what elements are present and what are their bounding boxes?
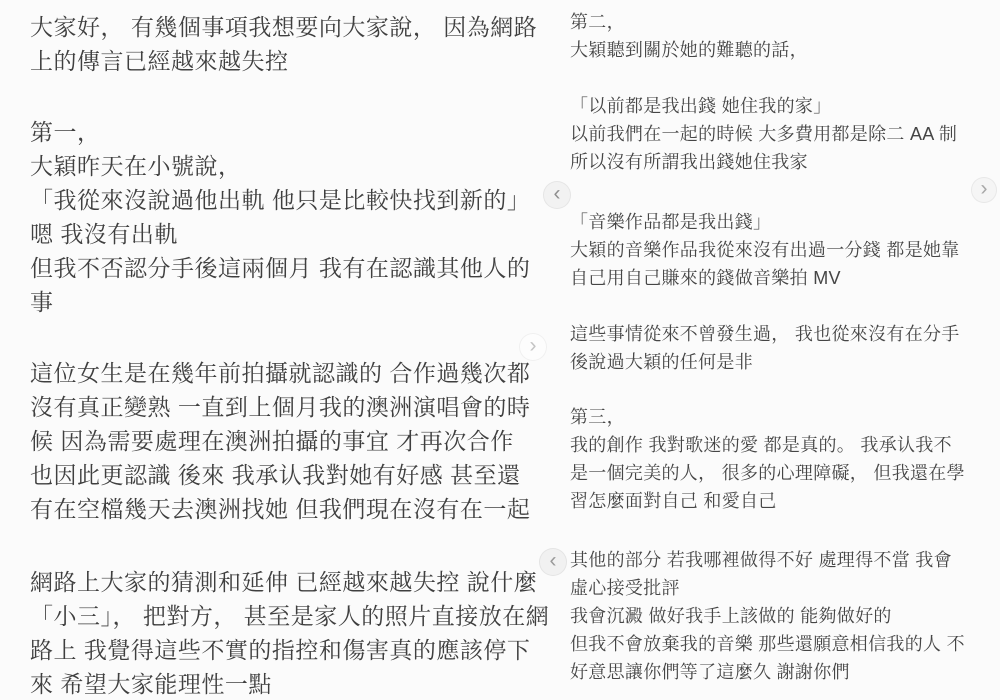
point-two-heading-paragraph: 第二， 大穎聽到關於她的難聽的話， [570, 8, 990, 64]
carousel-prev-button[interactable]: ‹ [543, 181, 571, 209]
point-three-paragraph: 第三， 我的創作 我對歌迷的愛 都是真的。 我承认我不 是一個完美的人， 很多的… [570, 403, 990, 515]
intro-paragraph: 大家好， 有幾個事項我想要向大家說， 因為網路 上的傳言已經越來越失控 [30, 10, 550, 78]
denial-paragraph: 這些事情從來不曾發生過， 我也從來沒有在分手 後說過大穎的任何是非 [570, 320, 990, 376]
statement-page-2: 第二， 大穎聽到關於她的難聽的話， 「以前都是我出錢 她住我的家」 以前我們在一… [570, 8, 990, 686]
carousel-prev-button[interactable]: ‹ [539, 548, 567, 576]
carousel-next-button[interactable]: › [519, 333, 547, 361]
carousel-next-button[interactable]: › [971, 177, 997, 203]
statement-page-1: 大家好， 有幾個事項我想要向大家說， 因為網路 上的傳言已經越來越失控 第一， … [30, 10, 550, 700]
music-quote-paragraph: 「音樂作品都是我出錢」 大穎的音樂作品我從來沒有出過一分錢 都是她靠 自己用自己… [570, 208, 990, 292]
rumor-appeal-paragraph: 網路上大家的猜測和延伸 已經越來越失控 說什麼 「小三」， 把對方， 甚至是家人… [30, 565, 550, 700]
statement-collage: 大家好， 有幾個事項我想要向大家說， 因為網路 上的傳言已經越來越失控 第一， … [0, 0, 1000, 700]
point-one-paragraph: 第一， 大穎昨天在小號說， 「我從來沒說過他出軌 他只是比較快找到新的」 嗯 我… [30, 115, 550, 319]
chevron-left-icon: ‹ [550, 550, 557, 571]
explanation-paragraph: 這位女生是在幾年前拍攝就認識的 合作過幾次都 沒有真正變熟 一直到上個月我的澳洲… [30, 356, 550, 526]
chevron-right-icon: › [530, 335, 537, 356]
chevron-left-icon: ‹ [554, 183, 561, 204]
closing-paragraph: 其他的部分 若我哪裡做得不好 處理得不當 我會 虛心接受批評 我會沉澱 做好我手… [570, 546, 990, 686]
chevron-right-icon: › [981, 178, 988, 199]
money-quote-paragraph: 「以前都是我出錢 她住我的家」 以前我們在一起的時候 大多費用都是除二 AA 制… [570, 92, 990, 176]
